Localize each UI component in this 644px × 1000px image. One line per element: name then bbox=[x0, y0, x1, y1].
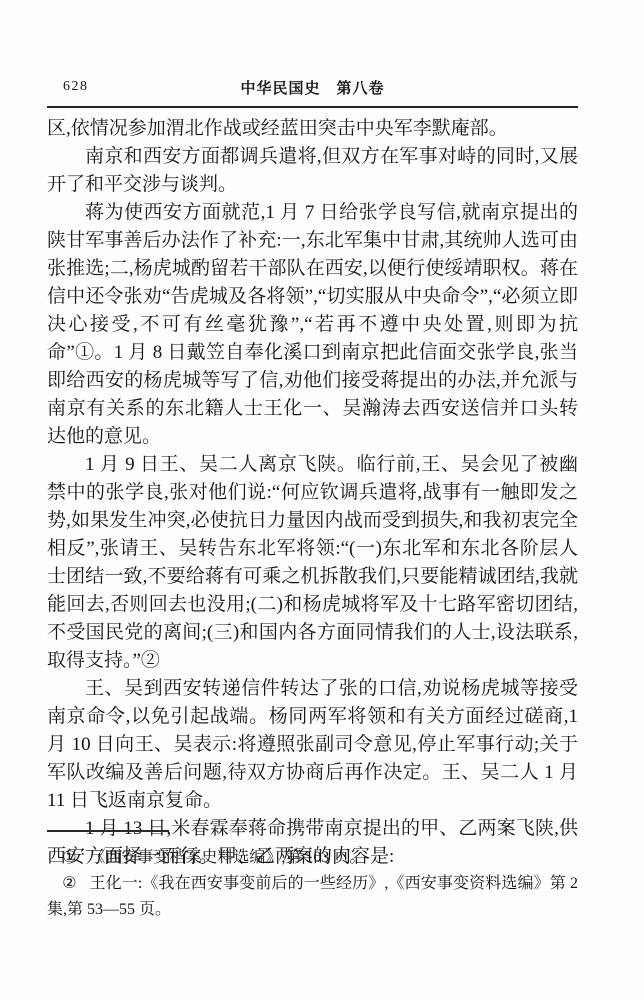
page-body: 区,依情况参加渭北作战或经蓝田突击中央军李默庵部。 南京和西安方面都调兵遣将,但… bbox=[47, 115, 578, 871]
footnote-2-text: 王化一:《我在西安事变前后的一些经历》,《西安事变资料选编》第 2 集,第 53… bbox=[47, 875, 578, 918]
book-page: 628 中华民国史 第八卷 区,依情况参加渭北作战或经蓝田突击中央军李默庵部。 … bbox=[0, 0, 644, 1000]
header-rule bbox=[47, 106, 578, 108]
footnote-section: ①《西安事变档案史料选编》,第 103 页。 ②王化一:《我在西安事变前后的一些… bbox=[47, 830, 578, 923]
paragraph-negotiations: 南京和西安方面都调兵遣将,但双方在军事对峙的同时,又展开了和平交涉与谈判。 bbox=[47, 143, 578, 199]
paragraph-xian-reply: 王、吴到西安转递信件转达了张的口信,劝说杨虎城等接受南京命令,以免引起战端。杨同… bbox=[47, 675, 578, 815]
book-title: 中华民国史 第八卷 bbox=[47, 77, 578, 98]
footnote-2-marker: ② bbox=[62, 875, 76, 892]
footnote-2: ②王化一:《我在西安事变前后的一些经历》,《西安事变资料选编》第 2 集,第 5… bbox=[47, 871, 578, 923]
page-header: 628 中华民国史 第八卷 bbox=[47, 77, 578, 99]
paragraph-continuation: 区,依情况参加渭北作战或经蓝田突击中央军李默庵部。 bbox=[47, 115, 578, 143]
footnote-1-text: 《西安事变档案史料选编》,第 103 页。 bbox=[89, 849, 365, 866]
footnote-1: ①《西安事变档案史料选编》,第 103 页。 bbox=[47, 845, 578, 871]
footnote-1-marker: ① bbox=[62, 849, 76, 866]
footnote-divider bbox=[47, 830, 169, 832]
paragraph-jan9-flight: 1 月 9 日王、吴二人离京飞陕。临行前,王、吴会见了被幽禁中的张学良,张对他们… bbox=[47, 451, 578, 675]
paragraph-chiang-letter: 蒋为使西安方面就范,1 月 7 日给张学良写信,就南京提出的陕甘军事善后办法作了… bbox=[47, 199, 578, 451]
